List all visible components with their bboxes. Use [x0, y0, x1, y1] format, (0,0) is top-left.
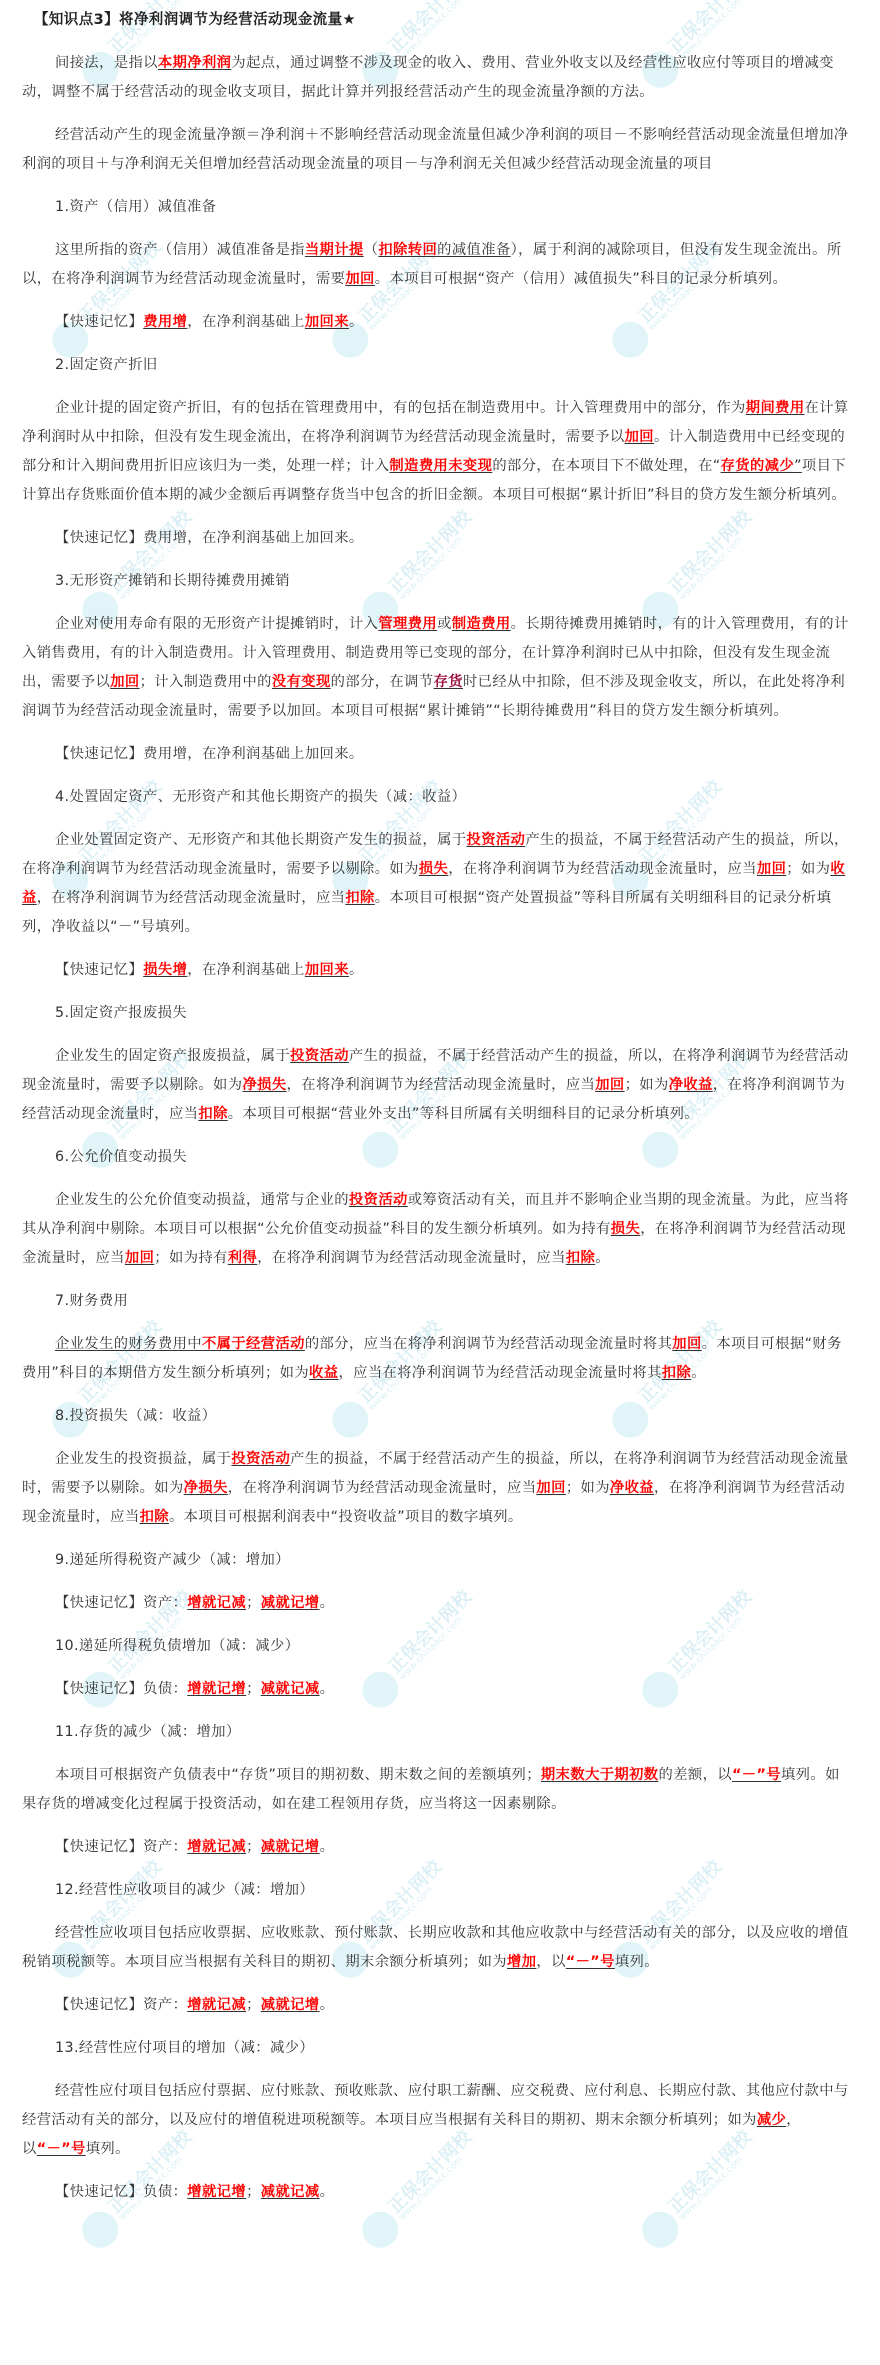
body-text: 【快速记忆】 [55, 314, 143, 330]
emphasis-text: 制造费用未变现 [389, 458, 492, 474]
section-heading: 12.经营性应收项目的减少（减：增加） [55, 1876, 852, 1905]
body-text: 企业对使用寿命有限的无形资产计提摊销时，计入 [55, 616, 378, 632]
body-text: ，应当在将净利润调节为经营活动现金流量时将其 [338, 1365, 661, 1381]
section: 1.资产（信用）减值准备这里所指的资产（信用）减值准备是指当期计提（扣除转回的减… [22, 193, 852, 337]
emphasis-text: 净损失 [242, 1077, 286, 1093]
emphasis-text: 投资活动 [467, 832, 526, 848]
emphasis-text: 加回 [595, 1077, 624, 1093]
body-text: ，在净利润基础上 [187, 314, 305, 330]
body-text: 本项目可根据资产负债表中“存货”项目的期初数、期末数之间的差额填列； [55, 1767, 541, 1783]
page-title: 【知识点3】将净利润调节为经营活动现金流量★ [34, 6, 852, 35]
body-text: ； [246, 1681, 261, 1697]
section-heading: 9.递延所得税资产减少（减：增加） [55, 1546, 852, 1575]
section-heading: 6.公允价值变动损失 [55, 1143, 852, 1172]
emphasis-text: 加回 [110, 674, 139, 690]
emphasis-text: 损失 [611, 1221, 640, 1237]
body-text: 的差额，以 [659, 1767, 732, 1783]
quick-memory-note: 【快速记忆】损失增，在净利润基础上加回来。 [55, 956, 852, 985]
section: 4.处置固定资产、无形资产和其他长期资产的损失（减：收益）企业处置固定资产、无形… [22, 783, 852, 985]
body-text: ，在将净利润调节为经营活动现金流量时，应当 [37, 890, 346, 906]
emphasis-text: 加回 [345, 271, 374, 287]
emphasis-text: 加回 [757, 861, 786, 877]
section: 7.财务费用企业发生的财务费用中不属于经营活动的部分，应当在将净利润调节为经营活… [22, 1287, 852, 1388]
intro: 间接法，是指以本期净利润为起点，通过调整不涉及现金的收入、费用、营业外收支以及经… [22, 49, 852, 179]
body-text: 【快速记忆】资产： [55, 1595, 187, 1611]
body-text: ，以 [536, 1954, 565, 1970]
body-text: 。本项目可根据“资产（信用）减值损失”科目的记录分析填列。 [375, 271, 787, 287]
emphasis-text: 存货的减少 [721, 458, 794, 474]
body-text: 企业发生的投资损益，属于 [55, 1451, 231, 1467]
emphasis-text: 净收益 [610, 1480, 654, 1496]
section-paragraph: 企业发生的投资损益，属于投资活动产生的损益，不属于经营活动产生的损益，所以，在将… [22, 1445, 852, 1532]
emphasis-text: 期末数大于期初数 [541, 1767, 659, 1783]
section-heading: 4.处置固定资产、无形资产和其他长期资产的损失（减：收益） [55, 783, 852, 812]
body-text: （ [364, 242, 379, 258]
section: 12.经营性应收项目的减少（减：增加）经营性应收项目包括应收票据、应收账款、预付… [22, 1876, 852, 2020]
body-text: ，在将净利润调节为经营活动现金流量时，应当 [287, 1077, 596, 1093]
body-text: 填列。 [615, 1954, 659, 1970]
emphasis-text: 扣除 [140, 1509, 169, 1525]
section-paragraph: 企业发生的公允价值变动损益，通常与企业的投资活动或筹资活动有关，而且并不影响企业… [22, 1186, 852, 1273]
emphasis-text: 管理费用 [378, 616, 437, 632]
body-text: ； [246, 1997, 261, 2013]
section: 2.固定资产折旧企业计提的固定资产折旧，有的包括在管理费用中，有的包括在制造费用… [22, 351, 852, 553]
section-paragraph: 企业处置固定资产、无形资产和其他长期资产发生的损益，属于投资活动产生的损益，不属… [22, 826, 852, 942]
section: 3.无形资产摊销和长期待摊费用摊销企业对使用寿命有限的无形资产计提摊销时，计入管… [22, 567, 852, 769]
emphasis-text: ” [794, 458, 802, 474]
body-text: 经营性应收项目包括应收票据、应收账款、预付账款、长期应收款和其他应收款中与经营活… [22, 1925, 849, 1970]
body-text: 的部分，在调节 [331, 674, 434, 690]
body-text: 的部分，在本项目下不做处理，在“ [492, 458, 720, 474]
body-text: 经营性应付项目包括应付票据、应付账款、预收账款、应付职工薪酬、应交税费、应付利息… [22, 2083, 849, 2128]
emphasis-text: 净损失 [184, 1480, 228, 1496]
emphasis-text: 减就记增 [261, 1595, 320, 1611]
emphasis-text: 制造费用 [452, 616, 511, 632]
emphasis-text: 当期计提 [305, 242, 364, 258]
body-text: ；计入制造费用中的 [140, 674, 272, 690]
intro-paragraph: 间接法，是指以本期净利润为起点，通过调整不涉及现金的收入、费用、营业外收支以及经… [22, 49, 852, 107]
quick-memory-note: 【快速记忆】费用增，在净利润基础上加回来。 [55, 740, 852, 769]
emphasis-text: 净收益 [669, 1077, 713, 1093]
body-text: 经营活动产生的现金流量净额＝净利润＋不影响经营活动现金流量但减少净利润的项目－不… [22, 127, 849, 172]
emphasis-text: 投资活动 [349, 1192, 408, 1208]
quick-memory-note: 【快速记忆】负债：增就记增；减就记减。 [55, 2178, 852, 2207]
emphasis-text: 加回 [625, 429, 654, 445]
body-text: ，在将净利润调节为经营活动现金流量时，应当 [257, 1250, 566, 1266]
section-heading: 13.经营性应付项目的增加（减：减少） [55, 2034, 852, 2063]
emphasis-text: 减就记增 [261, 1839, 320, 1855]
emphasis-text: 加回 [536, 1480, 565, 1496]
quick-memory-note: 【快速记忆】费用增，在净利润基础上加回来。 [55, 308, 852, 337]
body-text: 企业处置固定资产、无形资产和其他长期资产发生的损益，属于 [55, 832, 467, 848]
emphasis-text: 损失增 [143, 962, 187, 978]
emphasis-text: 存货 [434, 674, 463, 690]
body-text: 【快速记忆】费用增，在净利润基础上加回来。 [55, 530, 364, 546]
section-paragraph: 这里所指的资产（信用）减值准备是指当期计提（扣除转回的减值准备），属于利润的减除… [22, 236, 852, 294]
body-text: ，在净利润基础上 [187, 962, 305, 978]
emphasis-text: 投资活动 [231, 1451, 290, 1467]
section-heading: 3.无形资产摊销和长期待摊费用摊销 [55, 567, 852, 596]
emphasis-text: 不属于经营活动 [202, 1336, 305, 1352]
quick-memory-note: 【快速记忆】资产：增就记减；减就记增。 [55, 1991, 852, 2020]
body-text: 或 [437, 616, 452, 632]
body-text: ；如为 [625, 1077, 669, 1093]
section-paragraph: 本项目可根据资产负债表中“存货”项目的期初数、期末数之间的差额填列；期末数大于期… [22, 1761, 852, 1819]
body-text: 。 [349, 314, 364, 330]
emphasis-text: 加回来 [305, 314, 349, 330]
emphasis-text: 没有变现 [272, 674, 331, 690]
emphasis-text: “－”号 [566, 1954, 615, 1970]
quick-memory-note: 【快速记忆】资产：增就记减；减就记增。 [55, 1833, 852, 1862]
body-text: ，在将净利润调节为经营活动现金流量时，应当 [448, 861, 757, 877]
emphasis-text: 扣除 [345, 890, 374, 906]
section-paragraph: 经营性应付项目包括应付票据、应付账款、预收账款、应付职工薪酬、应交税费、应付利息… [22, 2077, 852, 2164]
body-text: 。本项目可根据“营业外支出”等科目所属有关明细科目的记录分析填列。 [228, 1106, 699, 1122]
title-text: 【知识点3】将净利润调节为经营活动现金流量 [34, 12, 343, 28]
emphasis-text: 的减值准备 [437, 242, 510, 258]
watermark-circle-icon [355, 2204, 406, 2255]
emphasis-text: 增就记减 [187, 1997, 246, 2013]
emphasis-text: 加回 [672, 1336, 701, 1352]
emphasis-text: 增就记增 [187, 2184, 246, 2200]
quick-memory-note: 【快速记忆】资产：增就记减；减就记增。 [55, 1589, 852, 1618]
emphasis-text: 减就记减 [261, 2184, 320, 2200]
emphasis-text: 加回来 [305, 962, 349, 978]
emphasis-text: 增就记增 [187, 1681, 246, 1697]
body-text: 。 [320, 1681, 335, 1697]
emphasis-text: 减少 [757, 2112, 786, 2128]
emphasis-text: 期间费用 [746, 400, 805, 416]
body-text: ； [246, 1839, 261, 1855]
section: 11.存货的减少（减：增加）本项目可根据资产负债表中“存货”项目的期初数、期末数… [22, 1718, 852, 1862]
emphasis-text: 加回 [125, 1250, 154, 1266]
body-text: 【快速记忆】费用增，在净利润基础上加回来。 [55, 746, 364, 762]
body-text: 的部分，应当在将净利润调节为经营活动现金流量时将其 [305, 1336, 672, 1352]
body-text: 这里所指的资产（信用）减值准备是指 [55, 242, 305, 258]
watermark-circle-icon [75, 2204, 126, 2255]
emphasis-text: 本期净利润 [158, 55, 231, 71]
body-text: 【快速记忆】负债： [55, 1681, 187, 1697]
body-text: 企业发生的固定资产报废损益，属于 [55, 1048, 290, 1064]
watermark-circle-icon [635, 2204, 686, 2255]
emphasis-text: 增就记减 [187, 1595, 246, 1611]
emphasis-text: 扣除 [198, 1106, 227, 1122]
section-heading: 8.投资损失（减：收益） [55, 1402, 852, 1431]
body-text: 企业发生的公允价值变动损益，通常与企业的 [55, 1192, 349, 1208]
section-heading: 1.资产（信用）减值准备 [55, 193, 852, 222]
emphasis-text: 扣除 [566, 1250, 595, 1266]
body-text: 间接法，是指以 [55, 55, 158, 71]
body-text: ；如为 [566, 1480, 610, 1496]
section-paragraph: 企业对使用寿命有限的无形资产计提摊销时，计入管理费用或制造费用。长期待摊费用摊销… [22, 610, 852, 726]
body-text: 【快速记忆】资产： [55, 1997, 187, 2013]
emphasis-text: 利得 [228, 1250, 257, 1266]
body-text: 。 [320, 1839, 335, 1855]
section: 13.经营性应付项目的增加（减：减少）经营性应付项目包括应付票据、应付账款、预收… [22, 2034, 852, 2207]
body-text: 【快速记忆】资产： [55, 1839, 187, 1855]
emphasis-text: 减就记减 [261, 1681, 320, 1697]
section-paragraph: 企业发生的固定资产报废损益，属于投资活动产生的损益，不属于经营活动产生的损益，所… [22, 1042, 852, 1129]
emphasis-text: 企业发生的财务费用中 [55, 1336, 202, 1352]
section: 8.投资损失（减：收益）企业发生的投资损益，属于投资活动产生的损益，不属于经营活… [22, 1402, 852, 1532]
emphasis-text: 收益 [309, 1365, 338, 1381]
section: 5.固定资产报废损失企业发生的固定资产报废损益，属于投资活动产生的损益，不属于经… [22, 999, 852, 1129]
section: 10.递延所得税负债增加（减：减少）【快速记忆】负债：增就记增；减就记减。 [22, 1632, 852, 1704]
emphasis-text: 费用增 [143, 314, 187, 330]
body-text: 【快速记忆】负债： [55, 2184, 187, 2200]
section-heading: 7.财务费用 [55, 1287, 852, 1316]
body-text: 。 [320, 1997, 335, 2013]
body-text: 。 [320, 1595, 335, 1611]
body-text: ；如为 [786, 861, 830, 877]
body-text: ； [246, 1595, 261, 1611]
body-text: 企业计提的固定资产折旧，有的包括在管理费用中，有的包括在制造费用中。计入管理费用… [55, 400, 746, 416]
section: 9.递延所得税资产减少（减：增加）【快速记忆】资产：增就记减；减就记增。 [22, 1546, 852, 1618]
body-text: 。本项目可根据利润表中“投资收益”项目的数字填列。 [169, 1509, 523, 1525]
quick-memory-note: 【快速记忆】负债：增就记增；减就记减。 [55, 1675, 852, 1704]
body-text: ； [246, 2184, 261, 2200]
article: 【知识点3】将净利润调节为经营活动现金流量★ 间接法，是指以本期净利润为起点，通… [0, 0, 880, 2207]
emphasis-text: 增加 [507, 1954, 536, 1970]
formula-paragraph: 经营活动产生的现金流量净额＝净利润＋不影响经营活动现金流量但减少净利润的项目－不… [22, 121, 852, 179]
section-heading: 11.存货的减少（减：增加） [55, 1718, 852, 1747]
section-heading: 2.固定资产折旧 [55, 351, 852, 380]
emphasis-text: “－”号 [37, 2141, 86, 2157]
section-paragraph: 经营性应收项目包括应收票据、应收账款、预付账款、长期应收款和其他应收款中与经营活… [22, 1919, 852, 1977]
body-text: 【快速记忆】 [55, 962, 143, 978]
body-text: 填列。 [86, 2141, 130, 2157]
body-text: 。 [320, 2184, 335, 2200]
sections-list: 1.资产（信用）减值准备这里所指的资产（信用）减值准备是指当期计提（扣除转回的减… [22, 193, 852, 2207]
section-paragraph: 企业计提的固定资产折旧，有的包括在管理费用中，有的包括在制造费用中。计入管理费用… [22, 394, 852, 510]
body-text: 。 [595, 1250, 610, 1266]
emphasis-text: 投资活动 [290, 1048, 349, 1064]
emphasis-text: “－”号 [732, 1767, 781, 1783]
body-text: ；如为持有 [154, 1250, 227, 1266]
body-text: 。 [349, 962, 364, 978]
section: 6.公允价值变动损失企业发生的公允价值变动损益，通常与企业的投资活动或筹资活动有… [22, 1143, 852, 1273]
emphasis-text: 扣除 [662, 1365, 691, 1381]
body-text: ，在将净利润调节为经营活动现金流量时，应当 [228, 1480, 537, 1496]
quick-memory-note: 【快速记忆】费用增，在净利润基础上加回来。 [55, 524, 852, 553]
body-text: 。 [691, 1365, 706, 1381]
emphasis-text: 增就记减 [187, 1839, 246, 1855]
emphasis-text: 扣除转回 [378, 242, 437, 258]
section-heading: 10.递延所得税负债增加（减：减少） [55, 1632, 852, 1661]
section-paragraph: 企业发生的财务费用中不属于经营活动的部分，应当在将净利润调节为经营活动现金流量时… [22, 1330, 852, 1388]
emphasis-text: 减就记增 [261, 1997, 320, 2013]
star-icon: ★ [343, 12, 356, 28]
emphasis-text: 损失 [419, 861, 448, 877]
section-heading: 5.固定资产报废损失 [55, 999, 852, 1028]
